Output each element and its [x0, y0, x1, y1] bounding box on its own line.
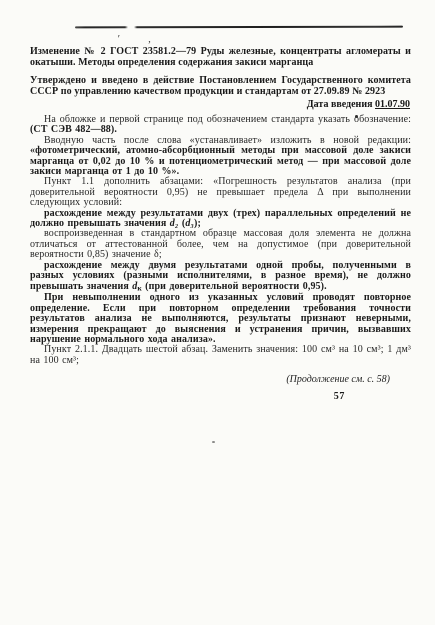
continuation-note-text: (Продолжение см. с. 58) [286, 374, 390, 385]
effective-date-line: Дата введения 01.07.90 [30, 99, 410, 111]
page-number: 57 [30, 391, 345, 402]
paragraph-parallel-determinations: расхождение между результатами двух (тре… [30, 209, 411, 230]
paragraph-repeat-determination: При невыполнении одного из указанных усл… [30, 293, 411, 345]
effective-date-value: 01.07.90 [375, 99, 410, 110]
paragraph-clause-2-1-1: Пункт 2.1.1. Двадцать шестой абзац. Заме… [30, 345, 411, 366]
text-column: Изменение № 2 ГОСТ 23581.2—79 Руды желез… [0, 0, 435, 402]
paragraph-two-results-discrepancy: расхождение между двумя результатами одн… [30, 261, 411, 294]
continuation-note: (Продолжение см. с. 58) [30, 374, 390, 385]
paragraph-introduction-revision: Вводную часть после слова «устанавливает… [30, 136, 411, 178]
amendment-title: Изменение № 2 ГОСТ 23581.2—79 Руды желез… [30, 46, 411, 68]
effective-date-label: Дата введения [307, 99, 373, 110]
scan-artifact-marks: ′ , [117, 33, 164, 45]
paragraph-standard-sample: воспроизведенная в стандартном образце м… [30, 229, 411, 260]
paragraph-cover-designation: На обложке и первой странице под обознач… [30, 115, 411, 136]
scanned-document-page: ′ , Изменение № 2 ГОСТ 23581.2—79 Руды ж… [0, 0, 435, 625]
paragraph-clause-1-1: Пункт 1.1 дополнить абзацами: «Погрешнос… [30, 177, 411, 208]
approval-statement: Утверждено и введено в действие Постанов… [30, 75, 411, 97]
amendment-body: На обложке и первой странице под обознач… [30, 115, 411, 366]
scan-artifact-speck [212, 441, 215, 443]
scan-artifact-dot [355, 115, 358, 118]
